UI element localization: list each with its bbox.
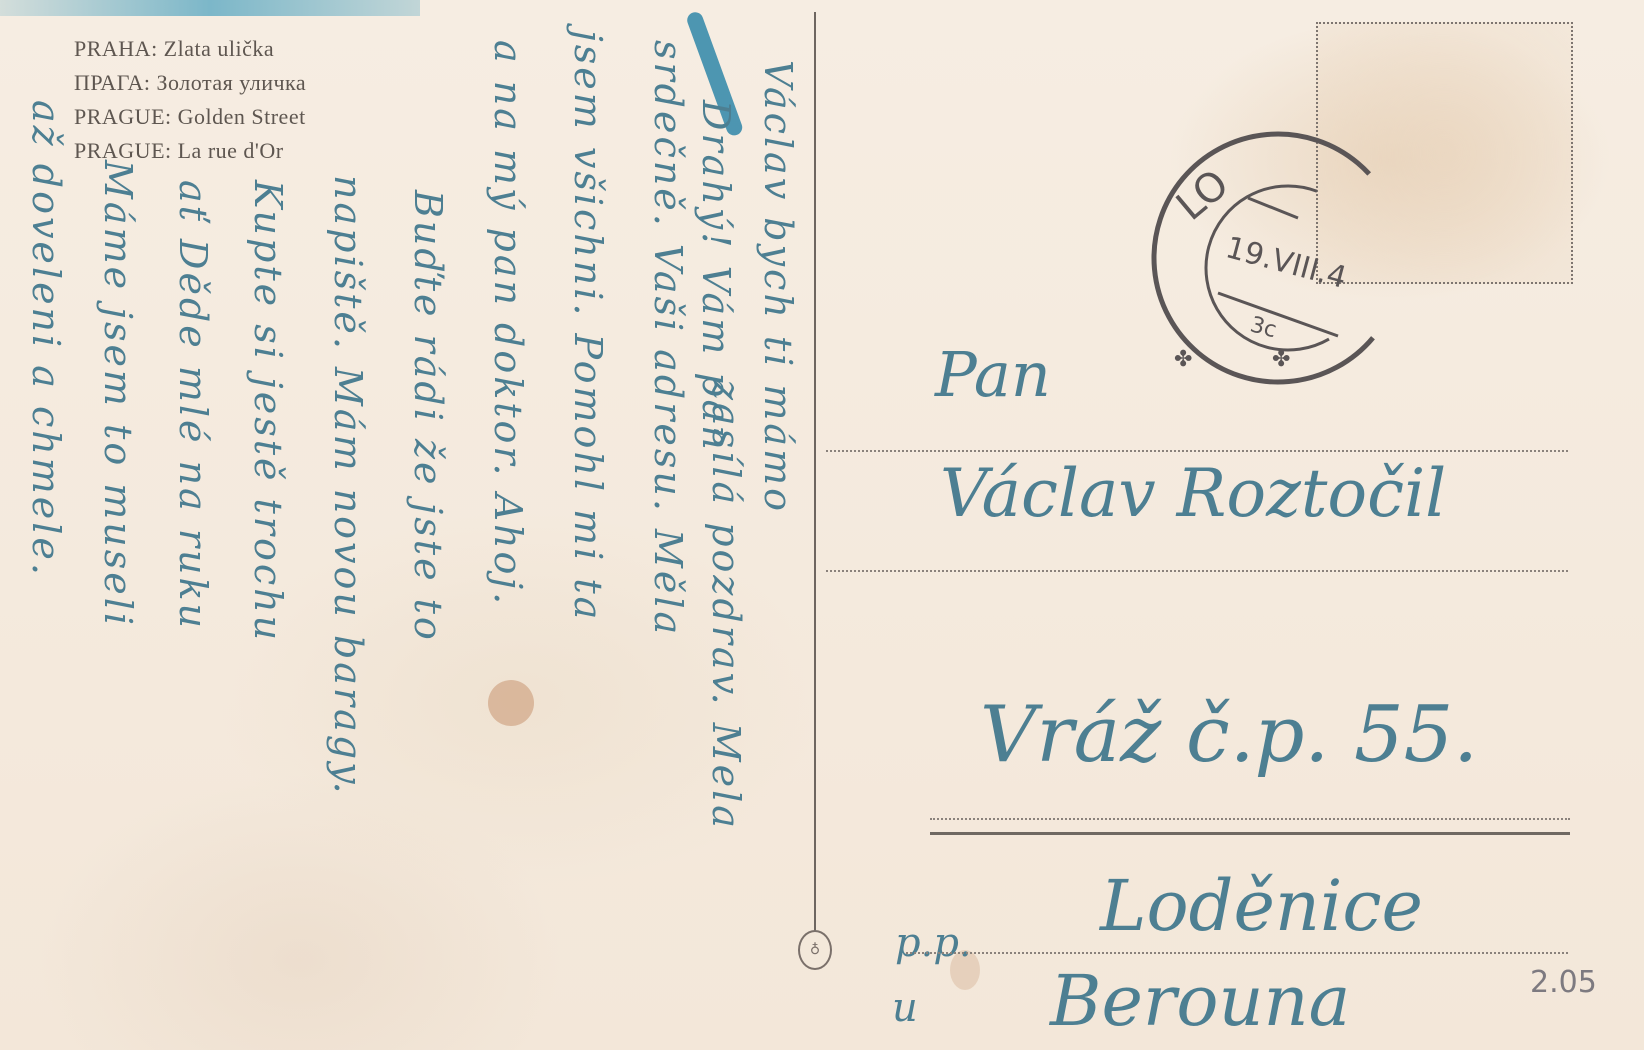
svg-text:✤: ✤ — [1174, 347, 1192, 372]
caption-russian: ПРАГА: Золотая уличка — [74, 66, 306, 100]
message-line: napiště. Mám novou baragy. — [326, 175, 370, 797]
publisher-logo-icon: ♁ — [798, 930, 832, 970]
address-line-solid — [930, 832, 1570, 835]
divider-line — [814, 12, 816, 932]
address-line — [826, 570, 1568, 572]
address-post-prefix: p.p. — [895, 920, 972, 966]
message-line: Máme jsem to museli — [96, 160, 140, 628]
postcard-back: PRAHA: Zlata ulička ПРАГА: Золотая уличк… — [0, 0, 1644, 1050]
printed-caption: PRAHA: Zlata ulička ПРАГА: Золотая уличк… — [74, 32, 306, 168]
message-line: až doveleni a chmele. — [24, 100, 68, 578]
address-region: Berouna — [1050, 960, 1350, 1042]
svg-text:LO: LO — [1168, 161, 1238, 230]
blue-pencil-strike-top — [0, 0, 420, 16]
address-street: Vráž č.p. 55. — [980, 690, 1478, 780]
address-name: Václav Roztočil — [940, 455, 1446, 532]
address-line — [906, 952, 1568, 954]
message-line: jsem všichni. Pomohl mi ta — [566, 30, 610, 622]
address-region-prefix: u — [892, 985, 918, 1031]
pencil-price-note: 2.05 — [1530, 965, 1597, 1000]
svg-text:19.VIII.4: 19.VIII.4 — [1222, 230, 1350, 296]
address-salutation: Pan — [935, 338, 1051, 411]
message-line: ať Děde mlé na ruku — [171, 180, 215, 631]
postmark-icon: LO 19.VIII.4 3c ✤ ✤ ✤ — [1148, 128, 1408, 388]
message-line: Buďte rádi že jste to — [406, 190, 450, 643]
message-line: Kupte si jestě trochu — [246, 180, 290, 643]
svg-text:✤: ✤ — [1272, 347, 1290, 372]
svg-text:3c: 3c — [1247, 312, 1279, 343]
address-line — [826, 450, 1568, 452]
address-line — [930, 818, 1570, 820]
message-line: Drahý! Vám pan — [694, 100, 738, 453]
message-line: Václav bych ti mámo — [756, 60, 800, 514]
caption-czech: PRAHA: Zlata ulička — [74, 32, 306, 66]
address-post-office: Loděnice — [1100, 865, 1423, 947]
message-line: a na mý pan doktor. Ahoj. — [486, 40, 530, 607]
caption-english: PRAGUE: Golden Street — [74, 100, 306, 134]
stain — [488, 680, 534, 726]
message-line: srdečně. Vaši adresu. Měla — [646, 40, 690, 637]
